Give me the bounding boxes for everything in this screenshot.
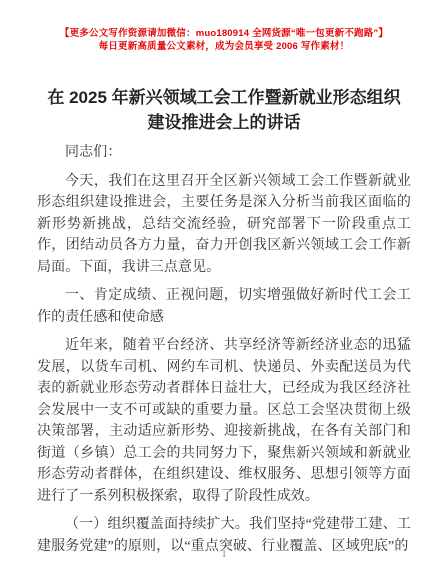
document-title: 在 2025 年新兴领域工会工作暨新就业形态组织 建设推进会上的讲话: [37, 85, 411, 135]
paragraph: 近年来，随着平台经济、共享经济等新经济业态的迅猛发展，以货车司机、网约车司机、快…: [37, 335, 411, 507]
document-title-line-2: 建设推进会上的讲话: [37, 110, 411, 135]
document-page: 【更多公文写作资源请加微信：muo180914 全网货源“唯一包更新不跑路”】 …: [0, 0, 448, 580]
page-number: 1: [0, 548, 448, 560]
paragraph: 一、肯定成绩、正视问题，切实增强做好新时代工会工作的责任感和使命感: [37, 285, 411, 328]
ad-watermark-line-1: 【更多公文写作资源请加微信：muo180914 全网货源“唯一包更新不跑路”】: [0, 27, 448, 40]
ad-watermark-line-2: 每日更新高质量公文素材，成为会员享受 2006 写作素材！: [0, 40, 448, 53]
ad-watermark: 【更多公文写作资源请加微信：muo180914 全网货源“唯一包更新不跑路”】 …: [0, 0, 448, 53]
paragraph: 同志们：: [37, 142, 411, 164]
paragraph: 今天，我们在这里召开全区新兴领域工会工作暨新就业形态组织建设推进会，主要任务是深…: [37, 171, 411, 279]
document-title-line-1: 在 2025 年新兴领域工会工作暨新就业形态组织: [37, 85, 411, 110]
document-body: 同志们：今天，我们在这里召开全区新兴领域工会工作暨新就业形态组织建设推进会，主要…: [37, 142, 411, 557]
